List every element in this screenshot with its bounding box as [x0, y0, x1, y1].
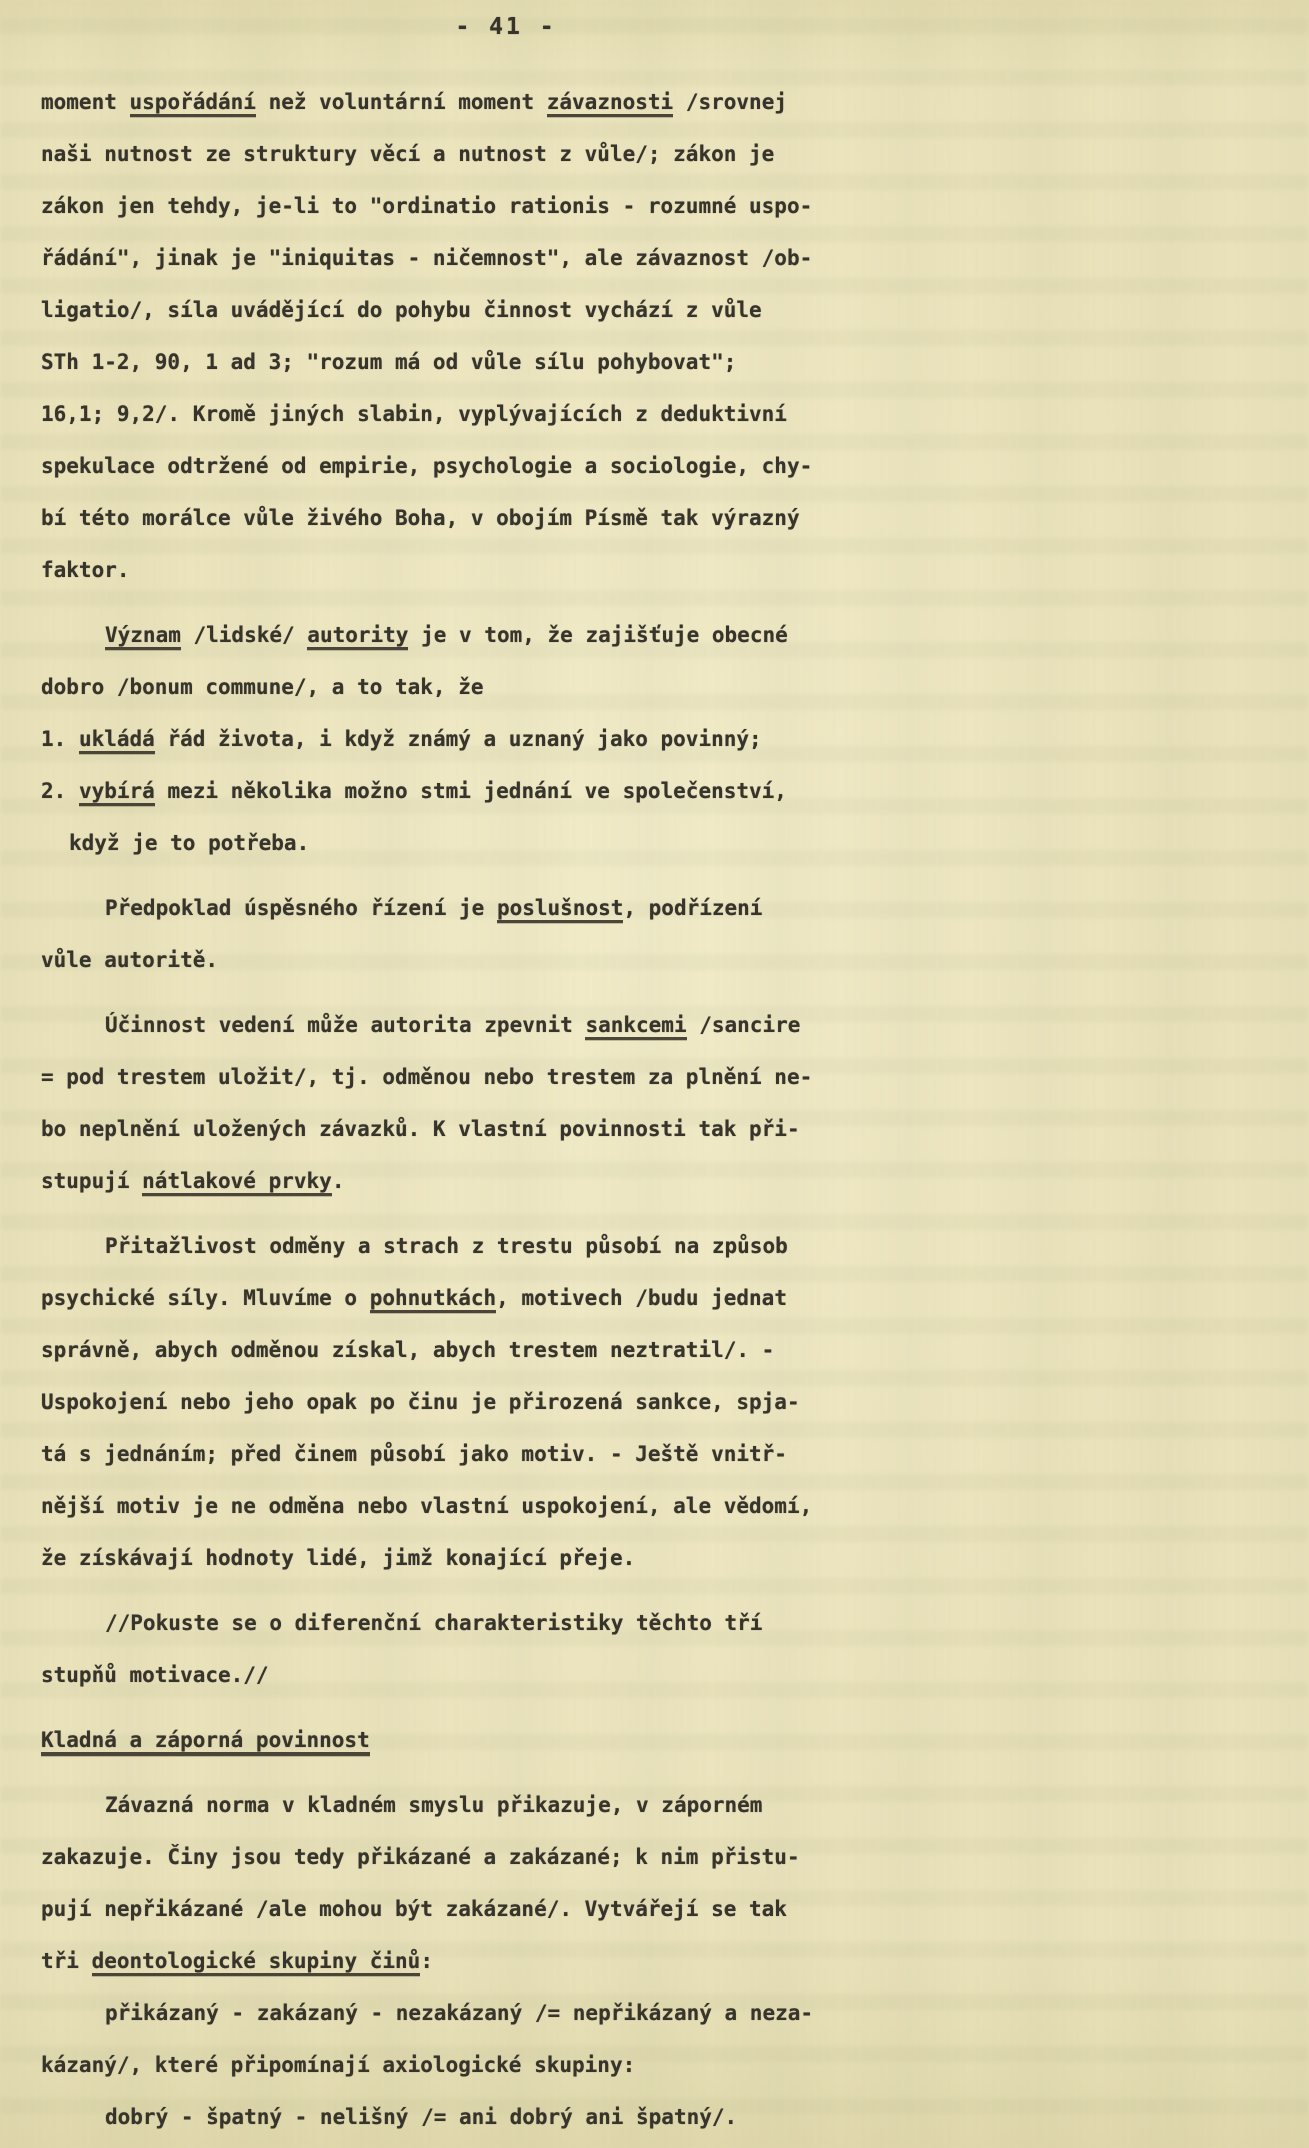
text-line: 16,1; 9,2/. Kromě jiných slabin, vyplýva…	[41, 388, 981, 440]
text-segment: , motivech /budu jednat	[496, 1286, 787, 1310]
text-segment: 16,1; 9,2/. Kromě jiných slabin, vyplýva…	[41, 402, 787, 426]
text-segment: /lidské/	[181, 623, 307, 647]
text-segment: ligatio/, síla uvádějící do pohybu činno…	[41, 298, 762, 322]
text-segment: kázaný/, které připomínají axiologické s…	[41, 2053, 635, 2077]
text-segment: než voluntární moment	[256, 90, 547, 114]
text-line: STh 1-2, 90, 1 ad 3; "rozum má od vůle s…	[41, 336, 981, 388]
text-line: = pod trestem uložit/, tj. odměnou nebo …	[41, 1051, 981, 1103]
text-line: Význam /lidské/ autority je v tom, že za…	[41, 609, 981, 661]
text-segment: :	[420, 1949, 433, 1973]
text-segment: moment	[41, 90, 130, 114]
text-segment: 1.	[41, 727, 79, 751]
text-segment: přikázaný - zakázaný - nezakázaný /= nep…	[105, 2001, 813, 2025]
text-segment: že získávají hodnoty lidé, jimž konající…	[41, 1546, 635, 1570]
text-line: Uspokojení nebo jeho opak po činu je při…	[41, 1376, 981, 1428]
text-line: ligatio/, síla uvádějící do pohybu činno…	[41, 284, 981, 336]
underlined-text: uspořádání	[130, 90, 256, 117]
text-segment: dobrý - špatný - nelišný /= ani dobrý an…	[105, 2105, 737, 2129]
text-segment: tá s jednáním; před činem působí jako mo…	[41, 1442, 787, 1466]
text-line: zákon jen tehdy, je-li to "ordinatio rat…	[41, 180, 981, 232]
sanctions-paragraph: Účinnost vedení může autorita zpevnit sa…	[41, 999, 981, 1207]
text-segment: STh 1-2, 90, 1 ad 3; "rozum má od vůle s…	[41, 350, 736, 374]
text-line: spekulace odtržené od empirie, psycholog…	[41, 440, 981, 492]
text-line: dobro /bonum commune/, a to tak, že	[41, 661, 981, 713]
text-segment: naši nutnost ze struktury věcí a nutnost…	[41, 142, 774, 166]
text-segment: správně, abych odměnou získal, abych tre…	[41, 1338, 774, 1362]
underlined-text: ukládá	[79, 727, 155, 754]
text-line: nější motiv je ne odměna nebo vlastní us…	[41, 1480, 981, 1532]
underlined-text: Význam	[105, 623, 181, 650]
section-heading: Kladná a záporná povinnost	[41, 1714, 981, 1766]
text-line: Kladná a záporná povinnost	[41, 1714, 981, 1766]
text-segment: dobro /bonum commune/, a to tak, že	[41, 675, 484, 699]
text-line: faktor.	[41, 544, 981, 596]
text-segment: stupují	[41, 1169, 142, 1193]
text-line: bí této morálce vůle živého Boha, v oboj…	[41, 492, 981, 544]
document-text: moment uspořádání než voluntární moment …	[41, 76, 981, 2143]
text-line: naši nutnost ze struktury věcí a nutnost…	[41, 128, 981, 180]
page-number: - 41 -	[41, 14, 971, 40]
text-line: přikázaný - zakázaný - nezakázaný /= nep…	[41, 1987, 981, 2039]
text-line: tá s jednáním; před činem působí jako mo…	[41, 1428, 981, 1480]
scanned-page: - 41 - moment uspořádání než voluntární …	[0, 0, 1309, 2148]
text-segment: psychické síly. Mluvíme o	[41, 1286, 370, 1310]
motives-paragraph: Přitažlivost odměny a strach z trestu pů…	[41, 1220, 981, 1584]
text-segment: faktor.	[41, 558, 130, 582]
text-line: Závazná norma v kladném smyslu přikazuje…	[41, 1779, 981, 1831]
text-segment: Přitažlivost odměny a strach z trestu pů…	[105, 1234, 788, 1258]
text-segment: /sancire	[687, 1013, 801, 1037]
text-line: bo neplnění uložených závazků. K vlastní…	[41, 1103, 981, 1155]
text-segment: //Pokuste se o diferenční charakteristik…	[105, 1611, 762, 1635]
underlined-text: Kladná a záporná povinnost	[41, 1728, 370, 1756]
text-segment: je v tom, že zajišťuje obecné	[408, 623, 787, 647]
underlined-text: závaznosti	[547, 90, 673, 117]
text-segment: Účinnost vedení může autorita zpevnit	[105, 1013, 585, 1037]
text-line: stupují nátlakové prvky.	[41, 1155, 981, 1207]
text-segment: Uspokojení nebo jeho opak po činu je při…	[41, 1390, 800, 1414]
text-segment: stupňů motivace.//	[41, 1663, 269, 1687]
text-line: pují nepřikázané /ale mohou být zakázané…	[41, 1883, 981, 1935]
text-line: 2. vybírá mezi několika možno stmi jedná…	[41, 765, 981, 817]
underlined-text: deontologické skupiny činů	[92, 1949, 421, 1976]
text-segment: vůle autoritě.	[41, 948, 218, 972]
text-line: dobrý - špatný - nelišný /= ani dobrý an…	[41, 2091, 981, 2143]
text-line: Účinnost vedení může autorita zpevnit sa…	[41, 999, 981, 1051]
text-line: Přitažlivost odměny a strach z trestu pů…	[41, 1220, 981, 1272]
text-line: moment uspořádání než voluntární moment …	[41, 76, 981, 128]
authority-meaning-paragraph: Význam /lidské/ autority je v tom, že za…	[41, 609, 981, 869]
text-line: zakazuje. Činy jsou tedy přikázané a zak…	[41, 1831, 981, 1883]
duty-groups-paragraph: Závazná norma v kladném smyslu přikazuje…	[41, 1779, 981, 2143]
text-line: stupňů motivace.//	[41, 1649, 981, 1701]
text-segment: tři	[41, 1949, 92, 1973]
text-segment: zákon jen tehdy, je-li to "ordinatio rat…	[41, 194, 812, 218]
text-segment: = pod trestem uložit/, tj. odměnou nebo …	[41, 1065, 812, 1089]
text-line: že získávají hodnoty lidé, jimž konající…	[41, 1532, 981, 1584]
text-line: když je to potřeba.	[41, 817, 981, 869]
text-segment: bo neplnění uložených závazků. K vlastní…	[41, 1117, 800, 1141]
text-segment: 2.	[41, 779, 79, 803]
text-segment: spekulace odtržené od empirie, psycholog…	[41, 454, 812, 478]
text-line: Předpoklad úspěsného řízení je poslušnos…	[41, 882, 981, 934]
underlined-text: autority	[307, 623, 408, 650]
text-line: psychické síly. Mluvíme o pohnutkách, mo…	[41, 1272, 981, 1324]
underlined-text: nátlakové prvky	[142, 1169, 332, 1196]
text-segment: Předpoklad úspěsného řízení je	[105, 896, 497, 920]
text-segment: mezi několika možno stmi jednání ve spol…	[155, 779, 787, 803]
text-line: 1. ukládá řád života, i když známý a uzn…	[41, 713, 981, 765]
text-segment: nější motiv je ne odměna nebo vlastní us…	[41, 1494, 812, 1518]
underlined-text: sankcemi	[585, 1013, 686, 1040]
text-line: vůle autoritě.	[41, 934, 981, 986]
underlined-text: poslušnost	[497, 896, 623, 923]
text-segment: když je to potřeba.	[69, 831, 309, 855]
text-segment: .	[332, 1169, 345, 1193]
text-line: kázaný/, které připomínají axiologické s…	[41, 2039, 981, 2091]
underlined-text: vybírá	[79, 779, 155, 806]
text-segment: Závazná norma v kladném smyslu přikazuje…	[105, 1793, 762, 1817]
text-line: správně, abych odměnou získal, abych tre…	[41, 1324, 981, 1376]
obedience-paragraph: Předpoklad úspěsného řízení je poslušnos…	[41, 882, 981, 986]
exercise-paragraph: //Pokuste se o diferenční charakteristik…	[41, 1597, 981, 1701]
text-segment: řádání", jinak je "iniquitas - ničemnost…	[41, 246, 812, 270]
text-line: tři deontologické skupiny činů:	[41, 1935, 981, 1987]
text-line: řádání", jinak je "iniquitas - ničemnost…	[41, 232, 981, 284]
text-segment: bí této morálce vůle živého Boha, v oboj…	[41, 506, 800, 530]
text-segment: pují nepřikázané /ale mohou být zakázané…	[41, 1897, 787, 1921]
text-segment: řád života, i když známý a uznaný jako p…	[155, 727, 762, 751]
text-segment: zakazuje. Činy jsou tedy přikázané a zak…	[41, 1845, 800, 1869]
text-segment: , podřízení	[623, 896, 762, 920]
text-segment: /srovnej	[673, 90, 787, 114]
text-line: //Pokuste se o diferenční charakteristik…	[41, 1597, 981, 1649]
opening-paragraph: moment uspořádání než voluntární moment …	[41, 76, 981, 596]
underlined-text: pohnutkách	[370, 1286, 496, 1313]
